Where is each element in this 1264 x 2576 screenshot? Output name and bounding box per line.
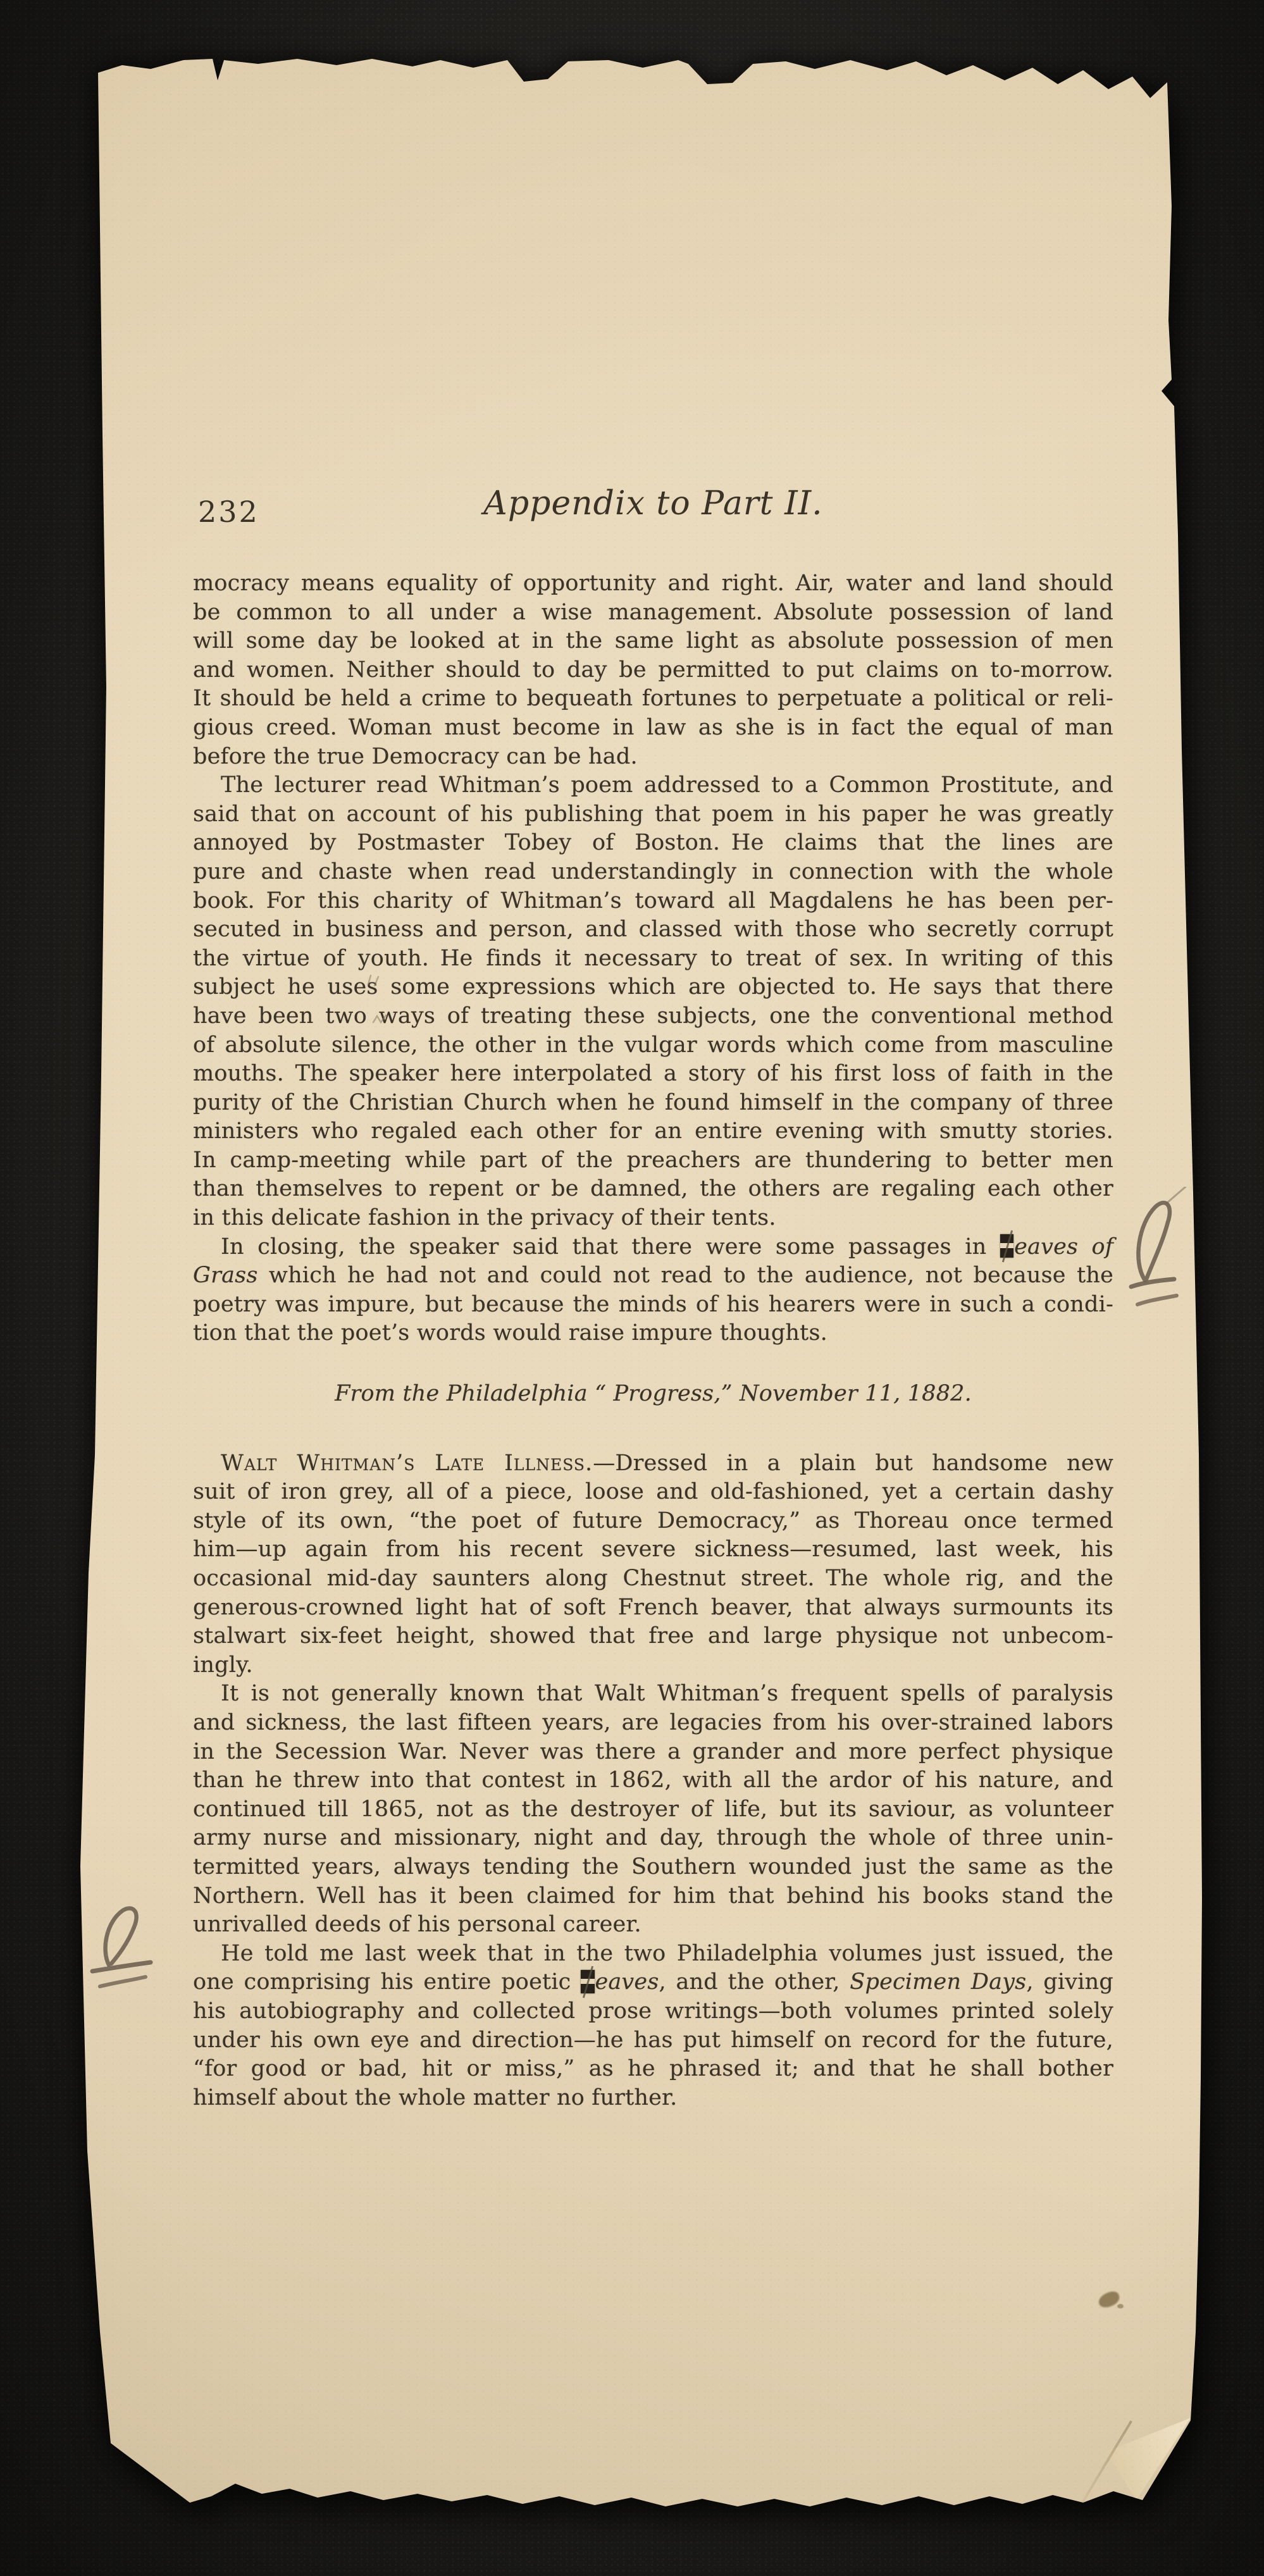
text-line: one comprising his entire poetic eaves, …: [193, 1968, 1113, 1997]
text-line: “for good or bad, hit or miss,” as he ph…: [193, 2055, 1113, 2084]
text-line: It should be held a crime to bequeath fo…: [193, 684, 1113, 714]
folded-corner: [1087, 2386, 1201, 2513]
text-line: than themselves to repent or be damned, …: [193, 1175, 1113, 1204]
text-line: The lecturer read Whitman’s poem address…: [193, 771, 1113, 800]
text-line: purity of the Christian Church when he f…: [193, 1089, 1113, 1118]
ink-correction-blot: [1000, 1234, 1014, 1258]
stray-pencil-jot: [364, 973, 383, 989]
text-line: It is not generally known that Walt Whit…: [193, 1680, 1113, 1709]
text-line: stalwart six-feet height, showed that fr…: [193, 1622, 1113, 1651]
text-line: mouths. The speaker here interpolated a …: [193, 1060, 1113, 1089]
text-line: the virtue of youth. He finds it necessa…: [193, 944, 1113, 974]
text-line: In camp-meeting while part of the preach…: [193, 1146, 1113, 1175]
text-line: Walt Whitman’s Late Illness.—Dressed in …: [193, 1449, 1113, 1478]
text-line: termitted years, always tending the Sout…: [193, 1853, 1113, 1882]
italic-text: eaves: [595, 1969, 659, 1995]
paragraph: He told me last week that in the two Phi…: [193, 1940, 1113, 2113]
scan-background: 232 Appendix to Part II. mocracy means e…: [0, 0, 1264, 2576]
text-line: Grass which he had not and could not rea…: [193, 1261, 1113, 1291]
italic-text: Specimen Days: [850, 1969, 1026, 1995]
small-caps-text: Walt Whitman’s Late Illness.: [221, 1451, 593, 1476]
text-line: annoyed by Postmaster Tobey of Boston. H…: [193, 829, 1113, 858]
text-line: and sickness, the last fifteen years, ar…: [193, 1709, 1113, 1738]
text-line: than he threw into that contest in 1862,…: [193, 1766, 1113, 1795]
italic-text: Grass: [193, 1263, 257, 1288]
text-line: subject he uses some expressions which a…: [193, 973, 1113, 1002]
text-line: occasional mid-day saunters along Chestn…: [193, 1564, 1113, 1594]
paragraph: In closing, the speaker said that there …: [193, 1233, 1113, 1348]
paragraph: It is not generally known that Walt Whit…: [193, 1680, 1113, 1939]
text-line: ministers who regaled each other for an …: [193, 1117, 1113, 1146]
text-line: of absolute silence, the other in the vu…: [193, 1031, 1113, 1060]
text-line: generous-crowned light hat of soft Frenc…: [193, 1594, 1113, 1623]
text-line: him—up again from his recent severe sick…: [193, 1535, 1113, 1564]
text-line: army nurse and missionary, night and day…: [193, 1824, 1113, 1853]
paragraph: The lecturer read Whitman’s poem address…: [193, 771, 1113, 1233]
paper-stain-small: [1117, 2304, 1124, 2308]
italic-text: eaves of: [1014, 1234, 1113, 1260]
ink-correction-blot: [581, 1970, 595, 1993]
pencil-mark-left-L: [89, 1897, 162, 1993]
paragraph: Walt Whitman’s Late Illness.—Dressed in …: [193, 1449, 1113, 1680]
text-line: will some day be looked at in the same l…: [193, 627, 1113, 656]
text-line: secuted in business and person, and clas…: [193, 915, 1113, 944]
paragraph: mocracy means equality of opportunity an…: [193, 569, 1113, 771]
text-line: before the true Democracy can be had.: [193, 743, 1113, 772]
text-line: tion that the poet’s words would raise i…: [193, 1319, 1113, 1348]
running-title: Appendix to Part II.: [193, 485, 1113, 523]
text-line: suit of iron grey, all of a piece, loose…: [193, 1478, 1113, 1507]
text-line: gious creed. Woman must become in law as…: [193, 714, 1113, 743]
text-line: pure and chaste when read understandingl…: [193, 858, 1113, 887]
text-line: unrivalled deeds of his personal career.: [193, 1910, 1113, 1940]
text-line: book. For this charity of Whitman’s towa…: [193, 887, 1113, 916]
text-line: and women. Neither should to day be perm…: [193, 656, 1113, 685]
text-line: his autobiography and collected prose wr…: [193, 1997, 1113, 2026]
book-page: 232 Appendix to Part II. mocracy means e…: [75, 54, 1213, 2515]
text-line: He told me last week that in the two Phi…: [193, 1940, 1113, 1969]
text-line: poetry was impure, but because the minds…: [193, 1291, 1113, 1320]
text-line: in this delicate fashion in the privacy …: [193, 1204, 1113, 1233]
text-line: mocracy means equality of opportunity an…: [193, 569, 1113, 598]
text-line: be common to all under a wise management…: [193, 598, 1113, 628]
stray-pencil-jot: [371, 1012, 392, 1027]
pencil-mark-right-L: [1127, 1187, 1188, 1321]
text-line: continued till 1865, not as the destroye…: [193, 1795, 1113, 1824]
text-line: From the Philadelphia “ Progress,” Novem…: [193, 1380, 1113, 1409]
page-body: mocracy means equality of opportunity an…: [193, 569, 1113, 2112]
text-line: ingly.: [193, 1651, 1113, 1680]
paper-wrap: 232 Appendix to Part II. mocracy means e…: [0, 0, 1264, 2576]
text-line: In closing, the speaker said that there …: [193, 1233, 1113, 1262]
text-line: Northern. Well has it been claimed for h…: [193, 1882, 1113, 1911]
section-heading: From the Philadelphia “ Progress,” Novem…: [193, 1380, 1113, 1409]
text-line: himself about the whole matter no furthe…: [193, 2084, 1113, 2113]
page-header: 232 Appendix to Part II.: [193, 485, 1113, 542]
text-line: under his own eye and direction—he has p…: [193, 2026, 1113, 2055]
text-line: have been two ways of treating these sub…: [193, 1002, 1113, 1031]
text-line: in the Secession War. Never was there a …: [193, 1738, 1113, 1767]
text-line: style of its own, “the poet of future De…: [193, 1507, 1113, 1536]
text-line: said that on account of his publishing t…: [193, 800, 1113, 829]
